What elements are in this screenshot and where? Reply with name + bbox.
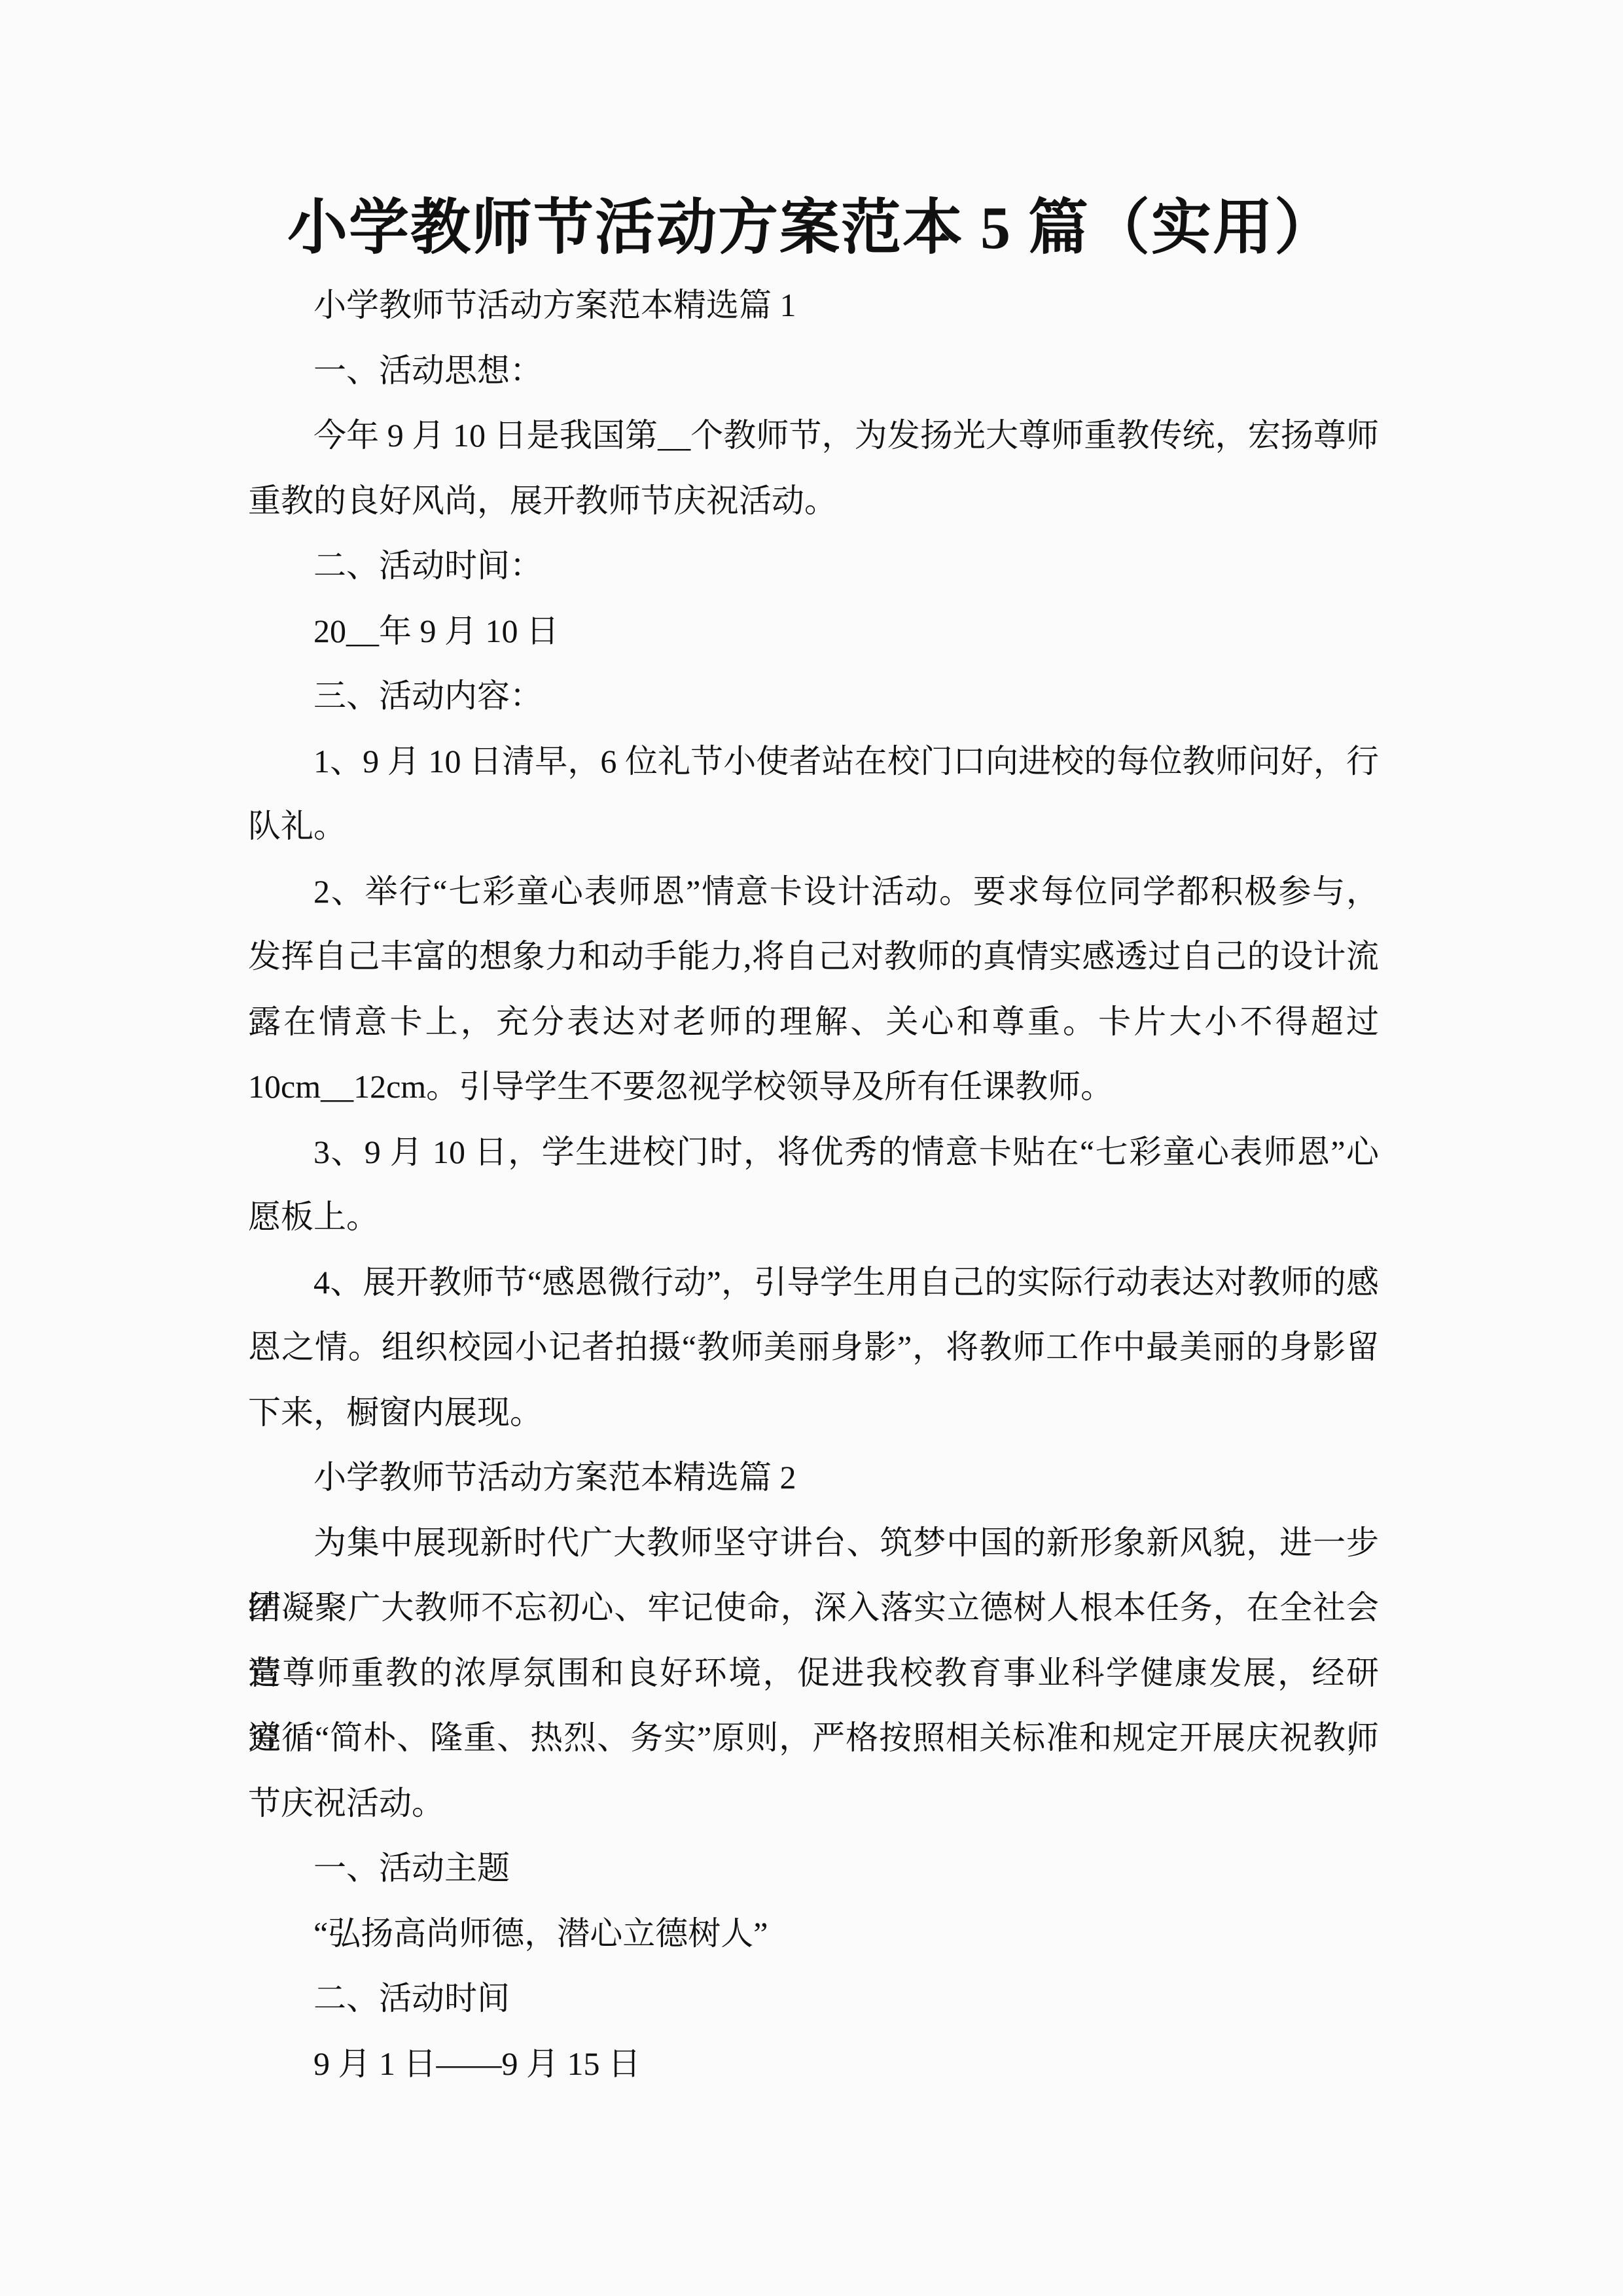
document-page: 小学教师节活动方案范本 5 篇（实用） 小学教师节活动方案范本精选篇 1 一、活… <box>0 0 1623 2296</box>
doc-line: 露在情意卡上，充分表达对老师的理解、关心和尊重。卡片大小不得超过 <box>248 990 1379 1055</box>
doc-line: 一、活动主题 <box>248 1836 1379 1901</box>
doc-line: 下来，橱窗内展现。 <box>248 1380 1379 1446</box>
doc-line: 20__年 9 月 10 日 <box>248 599 1379 664</box>
doc-line: 愿板上。 <box>248 1185 1379 1250</box>
doc-line: 发挥自己丰富的想象力和动手能力,将自己对教师的真情实感透过自己的设计流 <box>248 924 1379 990</box>
doc-line: 今年 9 月 10 日是我国第__个教师节，为发扬光大尊师重教传统，宏扬尊师 <box>248 403 1379 469</box>
doc-line: 结凝聚广大教师不忘初心、牢记使命，深入落实立德树人根本任务，在全社会营 <box>248 1575 1379 1641</box>
doc-line: 一、活动思想： <box>248 338 1379 404</box>
doc-line: 节庆祝活动。 <box>248 1771 1379 1837</box>
doc-line: 重教的良好风尚，展开教师节庆祝活动。 <box>248 469 1379 534</box>
doc-line: 9 月 1 日——9 月 15 日 <box>248 2032 1379 2097</box>
doc-line: 4、展开教师节“感恩微行动”，引导学生用自己的实际行动表达对教师的感 <box>248 1250 1379 1316</box>
doc-line: 小学教师节活动方案范本精选篇 1 <box>248 273 1379 338</box>
doc-line: 遵循“简朴、隆重、热烈、务实”原则，严格按照相关标准和规定开展庆祝教师 <box>248 1706 1379 1771</box>
doc-line: 二、活动时间 <box>248 1966 1379 2032</box>
doc-line: 10cm__12cm。引导学生不要忽视学校领导及所有任课教师。 <box>248 1054 1379 1120</box>
document-body: 小学教师节活动方案范本精选篇 1 一、活动思想： 今年 9 月 10 日是我国第… <box>248 273 1379 2096</box>
doc-line: 造尊师重教的浓厚氛围和良好环境，促进我校教育事业科学健康发展，经研究， <box>248 1641 1379 1706</box>
doc-line: 小学教师节活动方案范本精选篇 2 <box>248 1445 1379 1511</box>
doc-line: 队礼。 <box>248 794 1379 859</box>
document-title: 小学教师节活动方案范本 5 篇（实用） <box>0 182 1623 274</box>
doc-line: “弘扬高尚师德，潜心立德树人” <box>248 1901 1379 1967</box>
doc-line: 3、9 月 10 日，学生进校门时，将优秀的情意卡贴在“七彩童心表师恩”心 <box>248 1120 1379 1185</box>
doc-line: 三、活动内容： <box>248 664 1379 729</box>
doc-line: 1、9 月 10 日清早，6 位礼节小使者站在校门口向进校的每位教师问好，行 <box>248 729 1379 795</box>
doc-line: 二、活动时间： <box>248 533 1379 599</box>
doc-line: 为集中展现新时代广大教师坚守讲台、筑梦中国的新形象新风貌，进一步团 <box>248 1511 1379 1576</box>
doc-line: 恩之情。组织校园小记者拍摄“教师美丽身影”，将教师工作中最美丽的身影留 <box>248 1315 1379 1380</box>
doc-line: 2、举行“七彩童心表师恩”情意卡设计活动。要求每位同学都积极参与， <box>248 859 1379 925</box>
